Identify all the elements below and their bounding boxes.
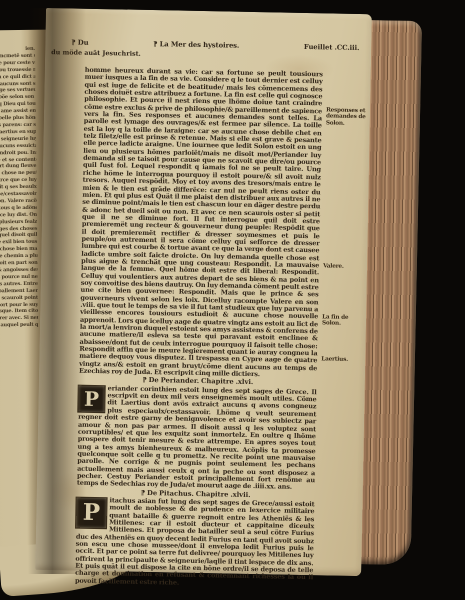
margin-note-laertius: Laertius. (321, 356, 361, 363)
margin-note-solon: Responses et demandes de Solon. (326, 107, 366, 127)
margin-note-fin-de-solon: La fin de Solon. (322, 314, 362, 328)
paragraph-pitachus-text: itachus asian fut lung des sept sages de… (75, 496, 315, 586)
text-block: homme heureux durant sa vie: car sa fort… (75, 67, 323, 590)
paragraph-pitachus: Pitachus asian fut lung des sept sages d… (75, 497, 315, 590)
folio-number: Fueillet .CC.iii. (304, 43, 360, 52)
recto-page: ⁋ Du ⁋ La Mer des hystoires. Fueillet .C… (35, 8, 372, 576)
woodcut-initial-periander: P (78, 385, 104, 411)
margin-note-valere: Valere. (323, 263, 363, 270)
paragraph-periander-text: eriander corinthien estoit lung des sept… (77, 384, 317, 491)
woodcut-initial-pitachus: P (76, 498, 107, 529)
paragraph-periander: Periander corinthien estoit lung des sep… (77, 384, 317, 491)
running-title: ⁋ La Mer des hystoires. (153, 40, 239, 50)
running-header-left-line2: du möde auät Jesuchrist. (51, 48, 141, 58)
facing-page-text-fragments: ien.oemmcmetê sont sonpasse pour ceste v… (0, 46, 38, 330)
running-header-left: ⁋ Du (71, 38, 88, 46)
paragraph-solon: homme heureux durant sa vie: car sa fort… (79, 67, 323, 380)
